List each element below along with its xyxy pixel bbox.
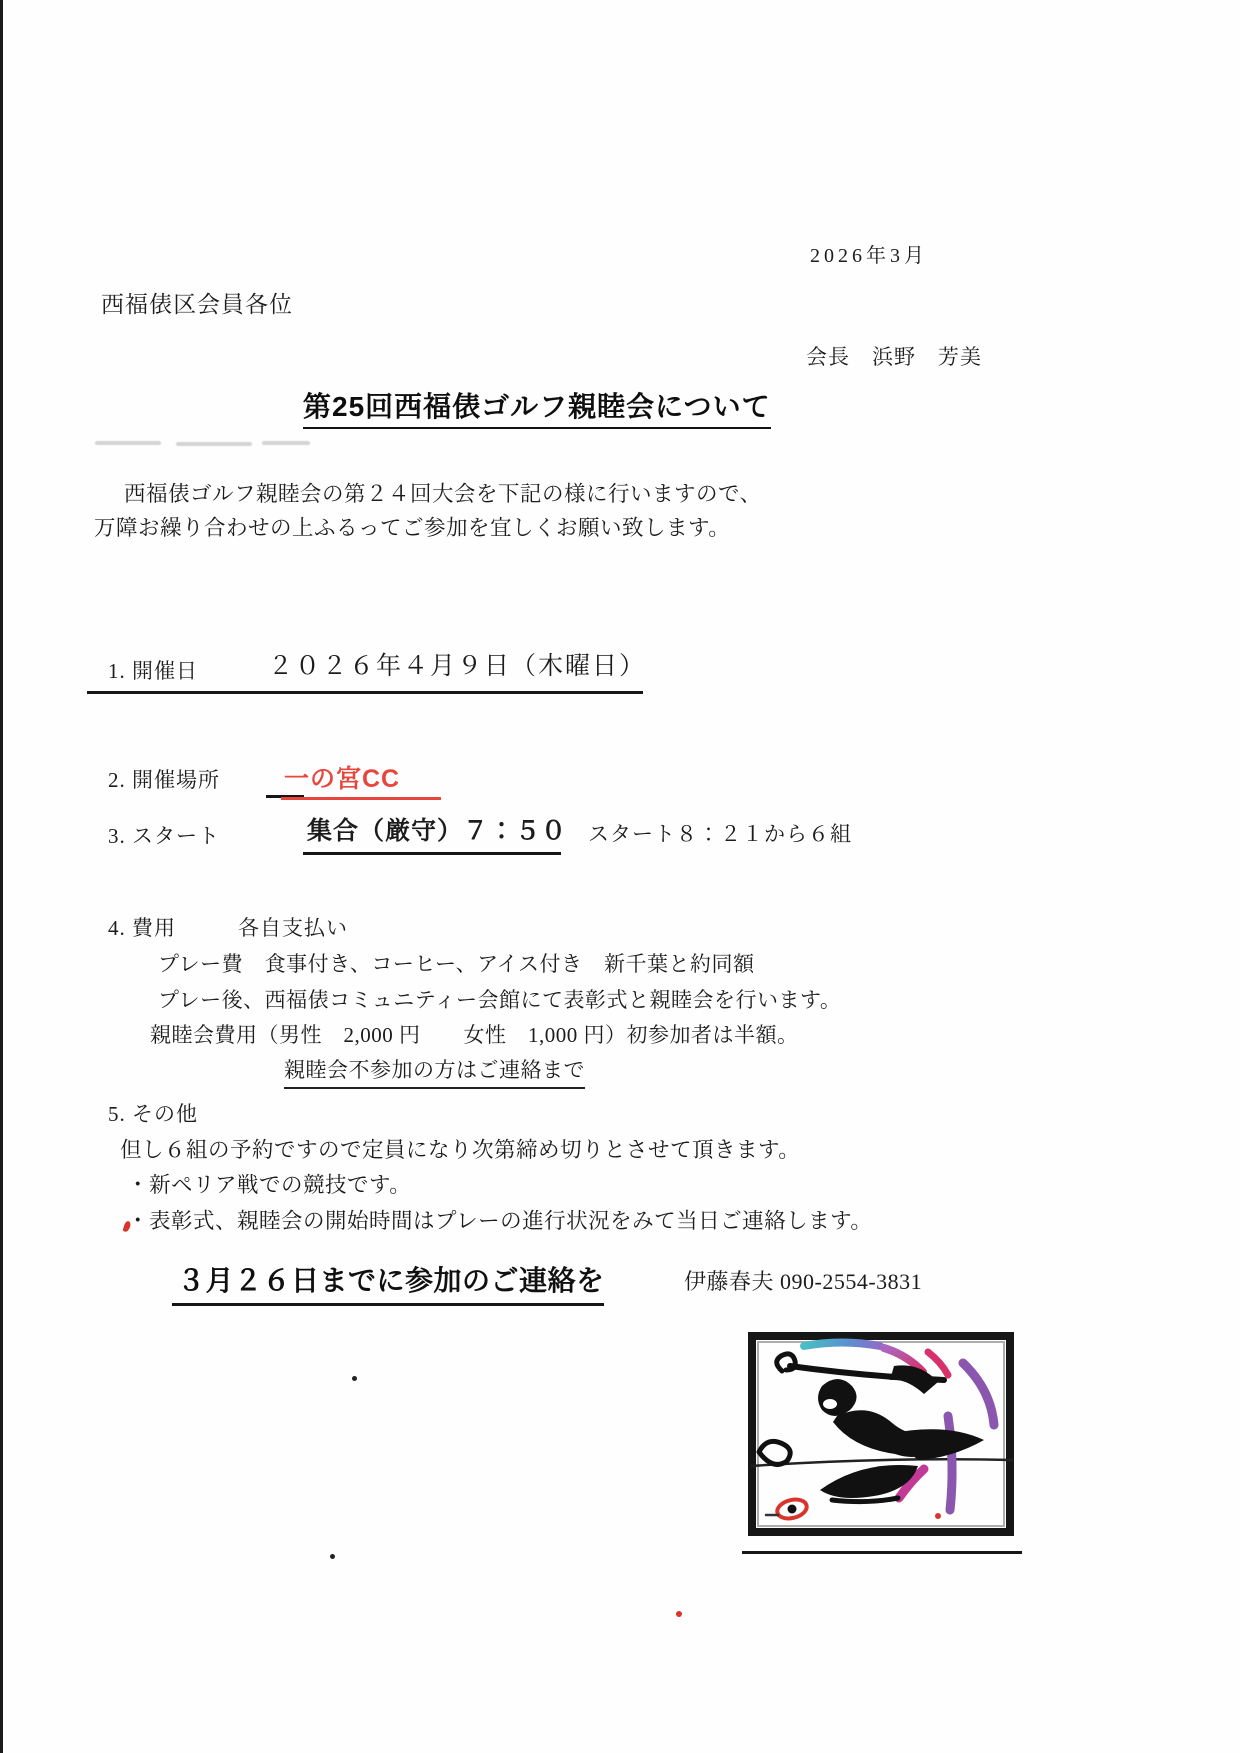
item-start-value: 集合（厳守）７：５０	[307, 811, 567, 847]
fee-detail-line-4-underlined: 親睦会不参加の方はご連絡まで	[284, 1054, 585, 1089]
item-start-label: 3. スタート	[108, 820, 220, 850]
fee-detail-line-1: プレー費 食事付き、コーヒー、アイス付き 新千葉と約同額	[158, 948, 755, 978]
other-line-1: 但し６組の予約ですので定員になり次第締め切りとさせて頂きます。	[120, 1133, 800, 1164]
document-title: 第25回西福俵ゴルフ親睦会について	[303, 385, 771, 429]
item-start-note: スタート８：２１から６組	[588, 818, 852, 848]
item-venue-value: 一の宮CC	[284, 759, 400, 795]
scan-dot-artifact	[330, 1554, 335, 1559]
scan-smudge-artifact	[176, 442, 252, 446]
chairman-signature: 会長 浜野 芳美	[806, 341, 982, 371]
deadline-underline	[172, 1303, 604, 1306]
item-date-value: ２０２６年４月９日（木曜日）	[268, 646, 646, 682]
scanned-notice-document: 2026年3月 西福俵区会員各位 会長 浜野 芳美 第25回西福俵ゴルフ親睦会に…	[0, 0, 1240, 1753]
scan-red-dot-artifact	[676, 1611, 682, 1617]
illustration-underline	[742, 1551, 1022, 1554]
intro-line-1: 西福俵ゴルフ親睦会の第２４回大会を下記の様に行いますので、	[94, 477, 762, 508]
deadline-note: ３月２６日までに参加のご連絡を	[177, 1259, 605, 1299]
item-fee-label: 4. 費用	[108, 912, 176, 942]
item-venue-label: 2. 開催場所	[108, 764, 220, 794]
item-other-label: 5. その他	[108, 1098, 198, 1128]
venue-underline-red	[281, 797, 441, 800]
scan-smudge-artifact	[262, 441, 310, 445]
fee-detail-line-2: プレー後、西福俵コミュニティー会館にて表彰式と親睦会を行います。	[158, 984, 841, 1014]
golfer-illustration	[742, 1328, 1022, 1544]
scan-dot-artifact	[352, 1376, 357, 1381]
scan-left-edge-artifact	[0, 0, 3, 1753]
date-underline	[87, 691, 643, 694]
scan-smudge-artifact	[95, 441, 161, 445]
document-date: 2026年3月	[810, 239, 928, 268]
item-date-label: 1. 開催日	[108, 655, 198, 685]
other-bullet-2: ・表彰式、親睦会の開始時間はプレーの進行状況をみて当日ご連絡します。	[127, 1204, 872, 1235]
contact-name-phone: 伊藤春夫 090-2554-3831	[684, 1265, 922, 1296]
intro-line-2: 万障お繰り合わせの上ふるってご参加を宜しくお願い致します。	[94, 511, 730, 542]
item-fee-value: 各自支払い	[238, 912, 348, 942]
start-underline	[303, 852, 561, 855]
recipient-line: 西福俵区会員各位	[101, 286, 293, 319]
fee-detail-line-3: 親睦会費用（男性 2,000 円 女性 1,000 円）初参加者は半額。	[150, 1019, 799, 1049]
other-bullet-1: ・新ペリア戦での競技です。	[127, 1168, 411, 1199]
